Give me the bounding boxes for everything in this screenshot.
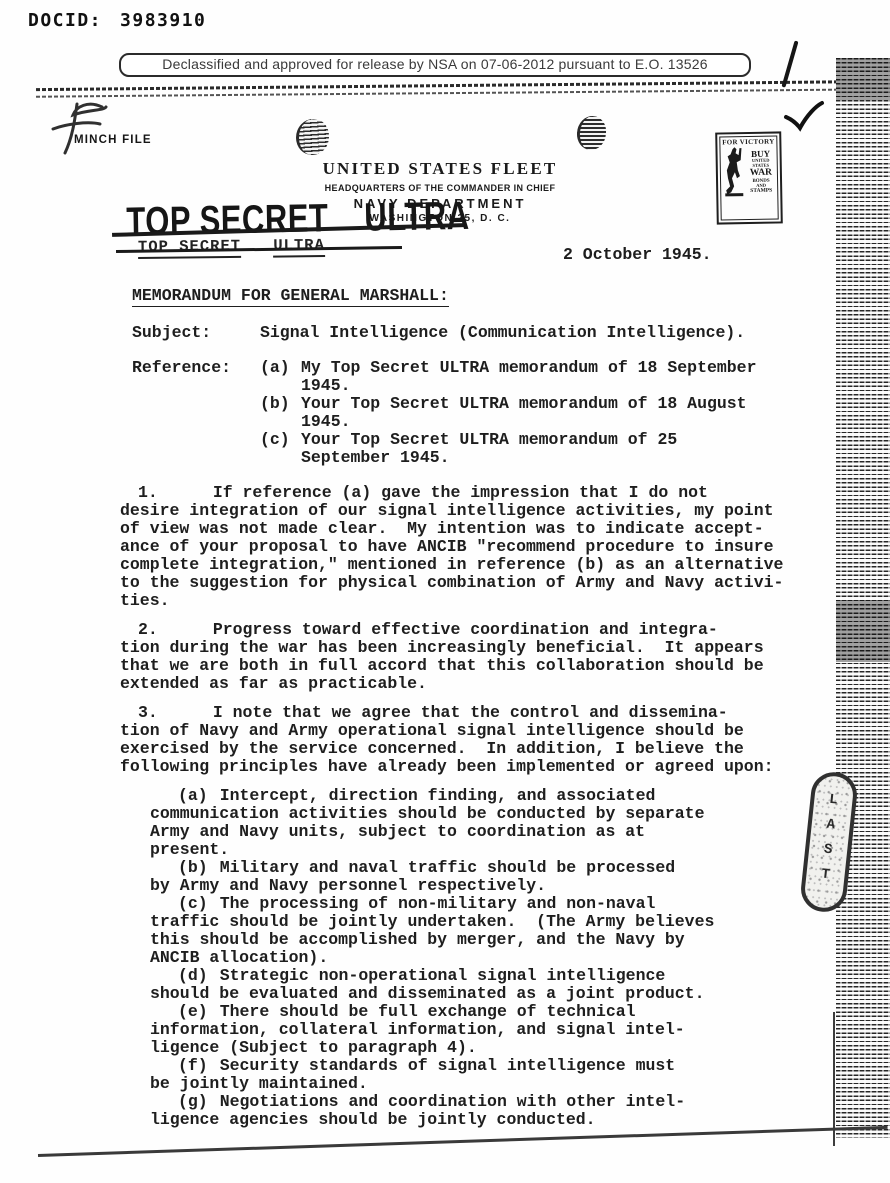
subparagraph-f: (f)Security standards of signal intellig… xyxy=(150,1057,890,1093)
war-bonds-text: BUY UNITED STATES WAR BONDS AND STAMPS xyxy=(744,146,777,195)
war-bonds-stamp: FOR VICTORY BUY UNITED STATES WAR BONDS … xyxy=(715,131,783,224)
hole-punch-smudge xyxy=(296,119,329,155)
subparagraph-g: (g)Negotiations and coordination with ot… xyxy=(150,1093,890,1129)
page-bottom-edge xyxy=(38,1126,888,1157)
reference-list: (a)My Top Secret ULTRA memorandum of 18 … xyxy=(260,359,890,467)
docid-label: DOCID: xyxy=(28,10,102,31)
scanned-document-page: DOCID:3983910 Declassified and approved … xyxy=(0,0,890,1183)
subject-label: Subject: xyxy=(132,324,260,342)
handwritten-scribble-icon xyxy=(46,98,118,160)
declassification-stamp: Declassified and approved for release by… xyxy=(119,53,751,77)
reference-label: Reference: xyxy=(132,359,260,467)
check-mark-icon xyxy=(783,100,825,132)
paragraph-2: 2.Progress toward effective coordination… xyxy=(120,621,830,693)
memo-addressee-line: MEMORANDUM FOR GENERAL MARSHALL: xyxy=(132,287,890,307)
subparagraph-e: (e)There should be full exchange of tech… xyxy=(150,1003,890,1057)
subparagraph-list: (a)Intercept, direction finding, and ass… xyxy=(150,787,890,1129)
memo-date: 2 October 1945. xyxy=(563,245,712,264)
cominch-file-stamp: MINCH FILE xyxy=(74,134,152,146)
letterhead-suborg: HEADQUARTERS OF THE COMMANDER IN CHIEF xyxy=(250,183,630,193)
hole-punch-smudge xyxy=(576,115,607,151)
docid: DOCID:3983910 xyxy=(28,10,206,31)
reference-item: (a)My Top Secret ULTRA memorandum of 18 … xyxy=(260,359,890,395)
subparagraph-b: (b)Military and naval traffic should be … xyxy=(150,859,890,895)
docid-number: 3983910 xyxy=(120,10,206,31)
subparagraph-c: (c)The processing of non-military and no… xyxy=(150,895,890,967)
paragraph-3: 3.I note that we agree that the control … xyxy=(120,704,830,776)
subject-value: Signal Intelligence (Communication Intel… xyxy=(260,324,745,342)
war-bonds-stamp-inner: FOR VICTORY BUY UNITED STATES WAR BONDS … xyxy=(719,136,778,221)
reference-item: (b)Your Top Secret ULTRA memorandum of 1… xyxy=(260,395,890,431)
minuteman-icon xyxy=(722,146,745,198)
typed-classification: TOP SECRET ULTRA xyxy=(138,236,325,256)
paragraph-1: 1.If reference (a) gave the impression t… xyxy=(120,484,830,610)
subparagraph-a: (a)Intercept, direction finding, and ass… xyxy=(150,787,890,859)
memo-body: MEMORANDUM FOR GENERAL MARSHALL: Subject… xyxy=(0,287,890,1129)
reference-item: (c)Your Top Secret ULTRA memorandum of 2… xyxy=(260,431,890,467)
subject-row: Subject: Signal Intelligence (Communicat… xyxy=(132,324,890,342)
reference-row: Reference: (a)My Top Secret ULTRA memora… xyxy=(132,359,890,467)
subparagraph-d: (d)Strategic non-operational signal inte… xyxy=(150,967,890,1003)
page-edge-shadow xyxy=(836,58,890,100)
letterhead-org: UNITED STATES FLEET xyxy=(250,159,630,179)
